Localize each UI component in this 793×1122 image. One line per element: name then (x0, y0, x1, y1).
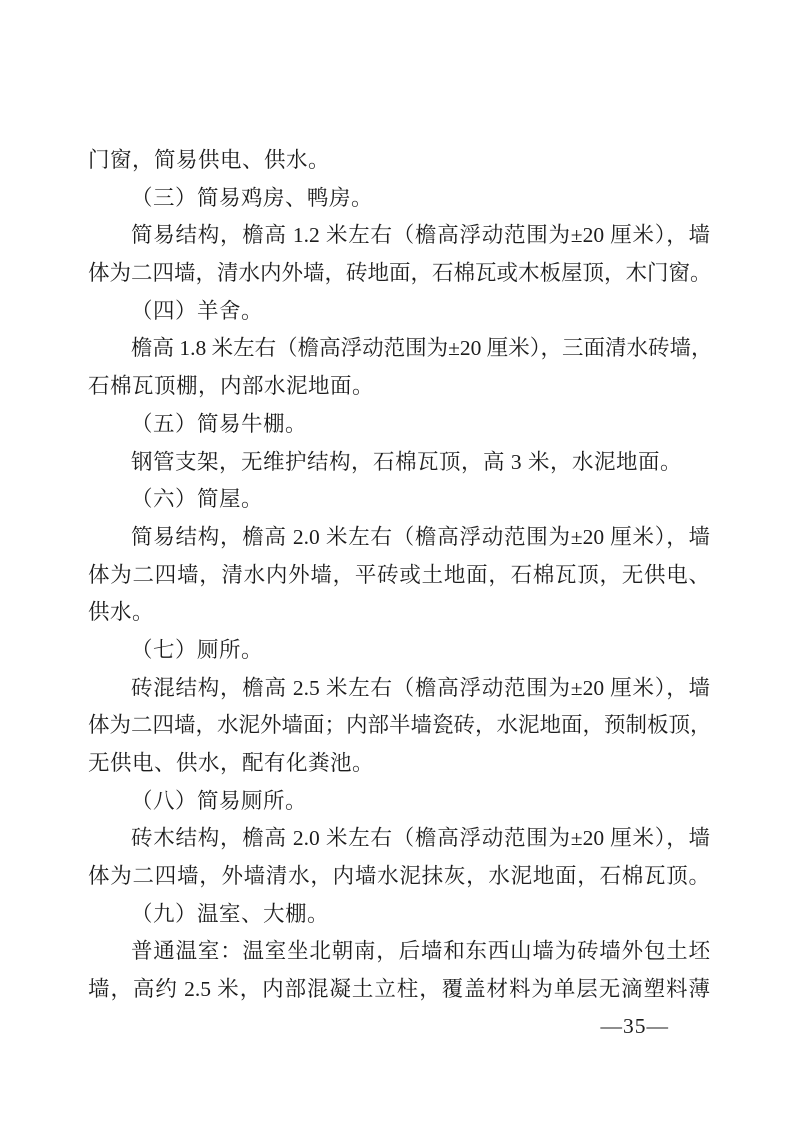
text-line: 体为二四墙，清水内外墙，平砖或土地面，石棉瓦顶，无供电、 (88, 557, 710, 595)
text-line: 无供电、供水，配有化粪池。 (88, 745, 710, 783)
document-page: 门窗，简易供电、供水。（三）简易鸡房、鸭房。简易结构，檐高 1.2 米左右（檐高… (0, 0, 793, 1122)
text-line: 石棉瓦顶棚，内部水泥地面。 (88, 368, 710, 406)
text-line: （四）羊舍。 (88, 293, 710, 331)
text-line: 简易结构，檐高 2.0 米左右（檐高浮动范围为±20 厘米），墙 (88, 519, 710, 557)
text-line: 砖混结构，檐高 2.5 米左右（檐高浮动范围为±20 厘米），墙 (88, 670, 710, 708)
text-line: 普通温室：温室坐北朝南，后墙和东西山墙为砖墙外包土坯 (88, 933, 710, 971)
text-line: 体为二四墙，水泥外墙面；内部半墙瓷砖，水泥地面，预制板顶， (88, 707, 710, 745)
text-line: 门窗，简易供电、供水。 (88, 142, 710, 180)
text-line: 体为二四墙，外墙清水，内墙水泥抹灰，水泥地面，石棉瓦顶。 (88, 858, 710, 896)
text-line: 简易结构，檐高 1.2 米左右（檐高浮动范围为±20 厘米），墙 (88, 217, 710, 255)
text-line: （三）简易鸡房、鸭房。 (88, 180, 710, 218)
text-line: （九）温室、大棚。 (88, 896, 710, 934)
page-number: —35— (601, 1012, 670, 1040)
text-line: （六）简屋。 (88, 481, 710, 519)
text-line: （五）简易牛棚。 (88, 406, 710, 444)
text-line: （七）厕所。 (88, 632, 710, 670)
text-line: 墙，高约 2.5 米，内部混凝土立柱，覆盖材料为单层无滴塑料薄 (88, 971, 710, 1009)
text-line: 供水。 (88, 594, 710, 632)
text-line: 檐高 1.8 米左右（檐高浮动范围为±20 厘米），三面清水砖墙， (88, 330, 710, 368)
text-line: 砖木结构，檐高 2.0 米左右（檐高浮动范围为±20 厘米），墙 (88, 820, 710, 858)
body-text: 门窗，简易供电、供水。（三）简易鸡房、鸭房。简易结构，檐高 1.2 米左右（檐高… (88, 142, 710, 1009)
text-line: （八）简易厕所。 (88, 783, 710, 821)
text-line: 钢管支架，无维护结构，石棉瓦顶，高 3 米，水泥地面。 (88, 444, 710, 482)
text-line: 体为二四墙，清水内外墙，砖地面，石棉瓦或木板屋顶，木门窗。 (88, 255, 710, 293)
